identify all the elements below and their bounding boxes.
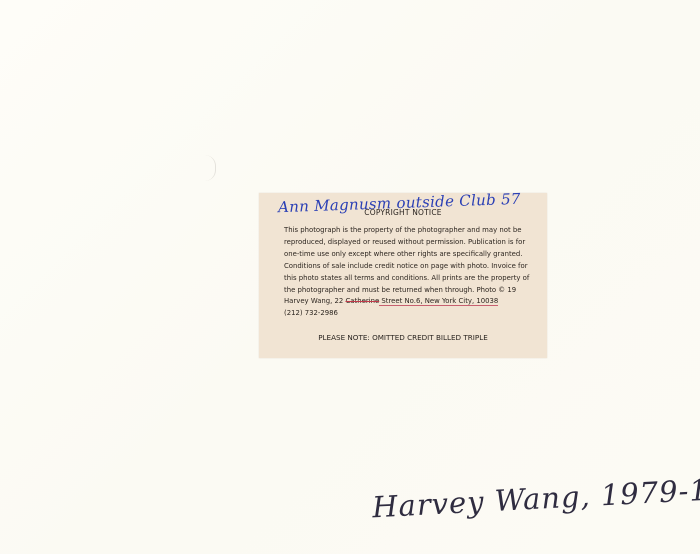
address-struck-word: Catherine xyxy=(346,297,380,305)
address-street: Street No.6, New York City, 10038 xyxy=(379,297,498,306)
credit-warning: PLEASE NOTE: OMITTED CREDIT BILLED TRIPL… xyxy=(259,333,547,342)
body-line: one-time use only except where other rig… xyxy=(284,248,536,260)
copyright-body: This photograph is the property of the p… xyxy=(284,224,536,297)
address-name: Harvey Wang, 22 xyxy=(284,297,346,305)
phone-number: (212) 732-2986 xyxy=(284,307,536,319)
body-line: Conditions of sale include credit notice… xyxy=(284,260,536,272)
body-line: This photograph is the property of the p… xyxy=(284,224,536,236)
photographer-address: Harvey Wang, 22 Catherine Street No.6, N… xyxy=(284,295,536,319)
body-line: this photo states all terms and conditio… xyxy=(284,272,536,284)
body-line: reproduced, displayed or reused without … xyxy=(284,236,536,248)
copyright-title: COPYRIGHT NOTICE xyxy=(259,208,547,217)
